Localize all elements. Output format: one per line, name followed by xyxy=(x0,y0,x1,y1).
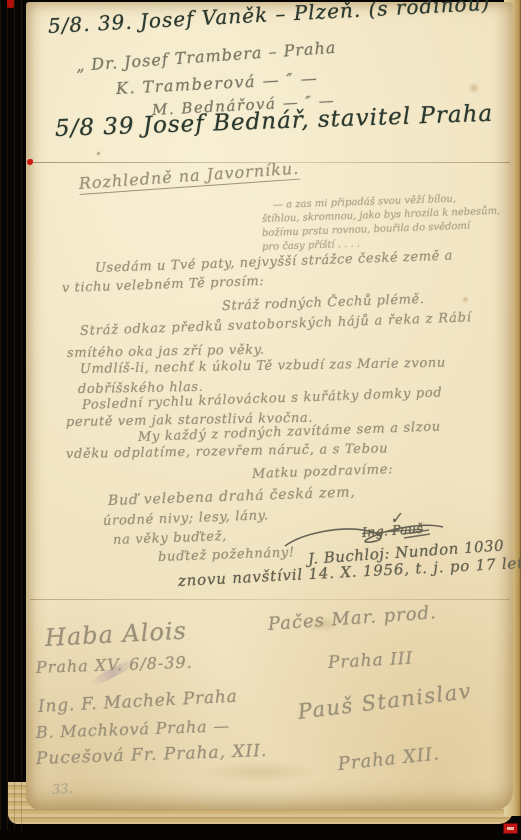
poem-line: na věky buďtež, xyxy=(113,530,227,547)
poem-line: smítého oka jas zří po věky. xyxy=(67,344,265,360)
red-marker-badge xyxy=(503,823,518,834)
guestbook-scan: 5/8. 39. Josef Vaněk – Plzeň. (s rodinou… xyxy=(0,0,521,840)
red-corner-mark xyxy=(7,0,14,8)
page-number: 33. xyxy=(52,783,74,797)
book-binding xyxy=(0,0,28,830)
visitor-signature: Praha III xyxy=(328,651,414,672)
visitor-signature: Haba Alois xyxy=(44,619,187,650)
